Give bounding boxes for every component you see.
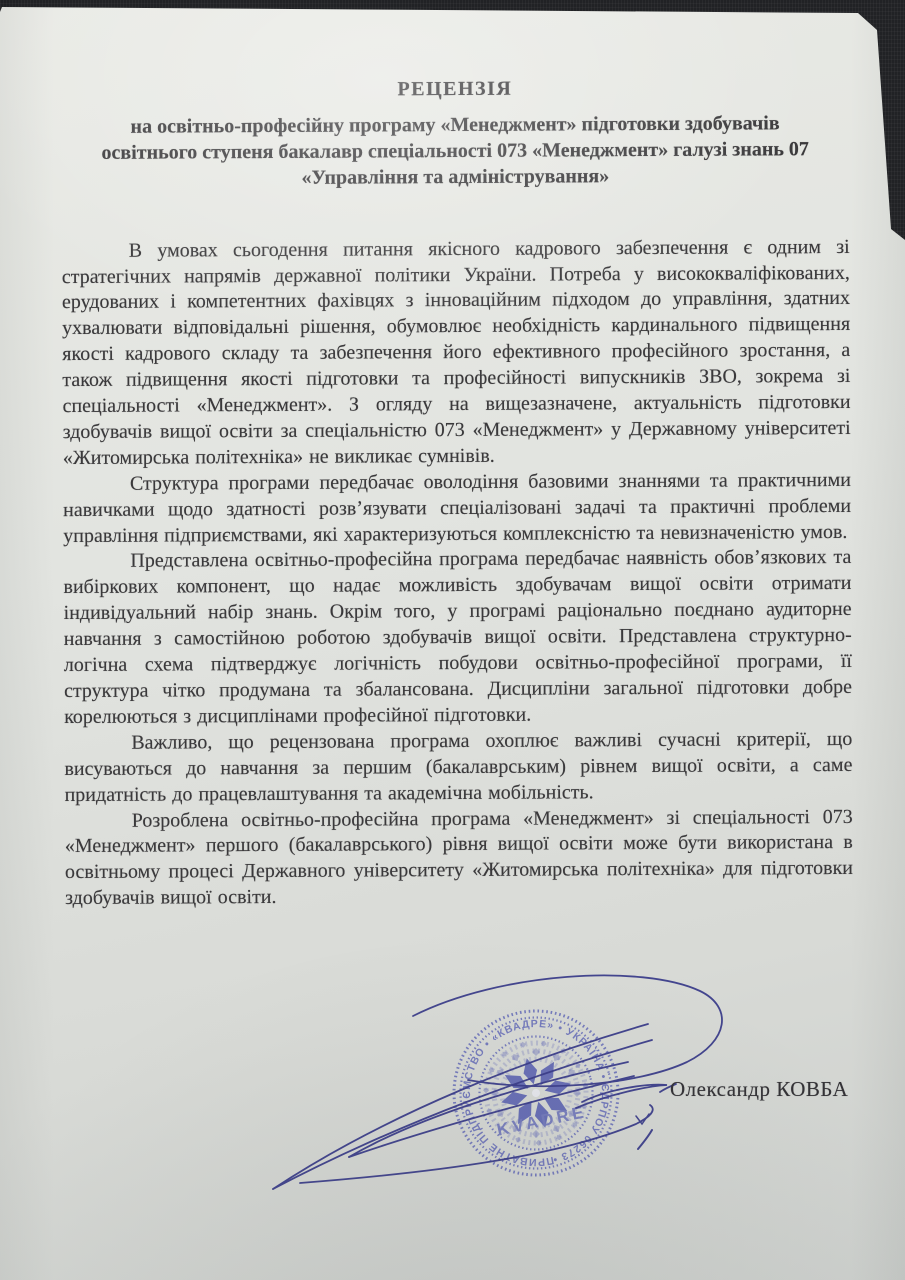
subtitle-line: «Управління та адміністрування» <box>61 162 849 192</box>
review-document: РЕЦЕНЗІЯ на освітньо-професійну програму… <box>61 74 853 912</box>
review-paragraph: Важливо, що рецензована програма охоплює… <box>64 727 852 809</box>
review-paragraph: В умовах сьогодення питання якісного кад… <box>62 235 851 472</box>
handwritten-signature <box>273 975 722 1189</box>
review-paragraph: Розроблена освітньо-професійна програма … <box>65 804 854 912</box>
paper-sheet: РЕЦЕНЗІЯ на освітньо-професійну програму… <box>0 0 905 1280</box>
document-title: РЕЦЕНЗІЯ <box>61 74 849 104</box>
company-seal-stamp: ПРИВАТНЕ ПІДПРИЄМСТВО • «КВАДРЕ» • УКРАЇ… <box>436 993 637 1194</box>
subtitle-line: освітнього ступеня бакалавр спеціальност… <box>61 136 849 166</box>
seal-dotted-rings <box>436 993 637 1194</box>
subtitle-line: на освітньо-професійну програму «Менеджм… <box>61 110 849 140</box>
document-body: В умовах сьогодення питання якісного кад… <box>62 235 854 913</box>
review-paragraph: Представлена освітньо-професійна програм… <box>63 545 852 730</box>
seal-ring-text: ПРИВАТНЕ ПІДПРИЄМСТВО • «КВАДРЕ» • УКРАЇ… <box>444 1001 628 1185</box>
signer-name: Олександр КОВБА <box>670 1077 848 1102</box>
seal-ornament-ring <box>471 1028 601 1157</box>
star-ornament-icon <box>492 1049 580 1137</box>
review-paragraph: Структура програми передбачає оволодіння… <box>63 468 851 550</box>
svg-text:ПРИВАТНЕ ПІДПРИЄМСТВО • «КВАДР: ПРИВАТНЕ ПІДПРИЄМСТВО • «КВАДРЕ» • УКРАЇ… <box>444 1001 628 1185</box>
signature-and-seal: ПРИВАТНЕ ПІДПРИЄМСТВО • «КВАДРЕ» • УКРАЇ… <box>0 0 905 1280</box>
document-subtitle: на освітньо-професійну програму «Менеджм… <box>61 110 849 193</box>
seal-center-text: KVADRE <box>495 1102 588 1140</box>
